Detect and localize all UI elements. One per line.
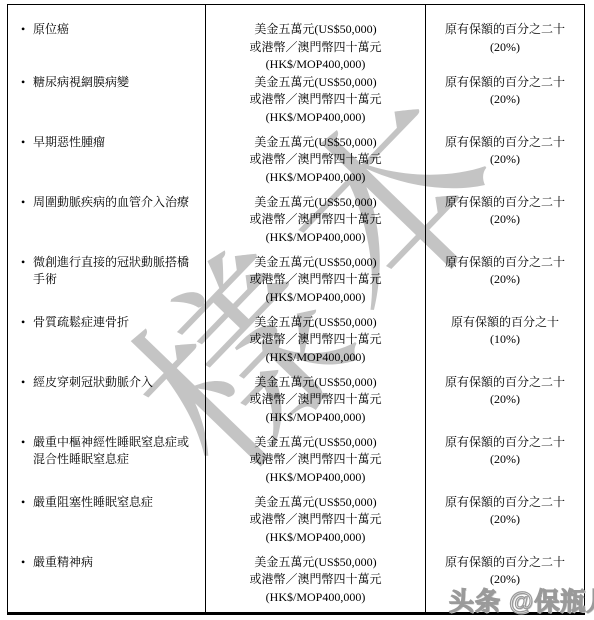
amount-cell: 美金五萬元(US$50,000) 或港幣／澳門幣四十萬元 (HK$/MOP400… <box>206 494 426 554</box>
amount-usd-line: 美金五萬元(US$50,000) <box>206 74 425 92</box>
benefit-percent-value: (20%) <box>426 391 584 409</box>
benefit-cell: 原有保額的百分之二十 (20%) <box>426 374 585 434</box>
benefit-percent-value: (20%) <box>426 151 584 169</box>
amount-usd-line: 美金五萬元(US$50,000) <box>206 374 425 392</box>
amount-usd-line: 美金五萬元(US$50,000) <box>206 434 425 452</box>
amount-usd-line: 美金五萬元(US$50,000) <box>206 494 425 512</box>
bullet-icon: • <box>21 134 25 152</box>
benefit-percent-value: (10%) <box>426 331 584 349</box>
benefit-percent-label: 原有保額的百分之二十 <box>426 494 584 512</box>
amount-usd-line: 美金五萬元(US$50,000) <box>206 554 425 572</box>
amount-cell: 美金五萬元(US$50,000) 或港幣／澳門幣四十萬元 (HK$/MOP400… <box>206 5 426 74</box>
benefit-table: • 原位癌 美金五萬元(US$50,000) 或港幣／澳門幣四十萬元 (HK$/… <box>7 4 585 615</box>
amount-hkd-mop-figure: (HK$/MOP400,000) <box>206 56 425 74</box>
amount-usd-line: 美金五萬元(US$50,000) <box>206 21 425 39</box>
table-row: • 骨質疏鬆症連骨折 美金五萬元(US$50,000) 或港幣／澳門幣四十萬元 … <box>8 314 585 374</box>
benefit-cell: 原有保額的百分之二十 (20%) <box>426 134 585 194</box>
condition-cell: • 經皮穿刺冠狀動脈介入 <box>8 374 206 434</box>
bullet-icon: • <box>21 21 25 39</box>
bullet-icon: • <box>21 314 25 332</box>
amount-hkd-mop-line: 或港幣／澳門幣四十萬元 <box>206 271 425 289</box>
amount-cell: 美金五萬元(US$50,000) 或港幣／澳門幣四十萬元 (HK$/MOP400… <box>206 134 426 194</box>
benefit-cell: 原有保額的百分之二十 (20%) <box>426 434 585 494</box>
amount-hkd-mop-line: 或港幣／澳門幣四十萬元 <box>206 331 425 349</box>
condition-cell: • 嚴重阻塞性睡眠窒息症 <box>8 494 206 554</box>
amount-cell: 美金五萬元(US$50,000) 或港幣／澳門幣四十萬元 (HK$/MOP400… <box>206 434 426 494</box>
condition-label: 糖尿病視網膜病變 <box>33 75 129 89</box>
amount-usd-line: 美金五萬元(US$50,000) <box>206 254 425 272</box>
amount-hkd-mop-figure: (HK$/MOP400,000) <box>206 289 425 307</box>
benefit-percent-label: 原有保額的百分之二十 <box>426 74 584 92</box>
condition-label: 原位癌 <box>33 22 69 36</box>
condition-cell: • 原位癌 <box>8 5 206 74</box>
condition-label: 嚴重精神病 <box>33 555 93 569</box>
condition-label: 經皮穿刺冠狀動脈介入 <box>33 375 153 389</box>
benefit-percent-value: (20%) <box>426 91 584 109</box>
amount-cell: 美金五萬元(US$50,000) 或港幣／澳門幣四十萬元 (HK$/MOP400… <box>206 554 426 614</box>
table-row: • 糖尿病視網膜病變 美金五萬元(US$50,000) 或港幣／澳門幣四十萬元 … <box>8 74 585 134</box>
amount-usd-line: 美金五萬元(US$50,000) <box>206 194 425 212</box>
table-row: • 原位癌 美金五萬元(US$50,000) 或港幣／澳門幣四十萬元 (HK$/… <box>8 5 585 74</box>
benefit-percent-value: (20%) <box>426 451 584 469</box>
table-row: • 周圍動脈疾病的血管介入治療 美金五萬元(US$50,000) 或港幣／澳門幣… <box>8 194 585 254</box>
amount-hkd-mop-figure: (HK$/MOP400,000) <box>206 409 425 427</box>
amount-hkd-mop-figure: (HK$/MOP400,000) <box>206 589 425 607</box>
table-row: • 嚴重精神病 美金五萬元(US$50,000) 或港幣／澳門幣四十萬元 (HK… <box>8 554 585 614</box>
condition-cell: • 周圍動脈疾病的血管介入治療 <box>8 194 206 254</box>
amount-hkd-mop-line: 或港幣／澳門幣四十萬元 <box>206 39 425 57</box>
benefit-percent-label: 原有保額的百分之二十 <box>426 554 584 572</box>
benefit-cell: 原有保額的百分之二十 (20%) <box>426 554 585 614</box>
benefit-cell: 原有保額的百分之十 (10%) <box>426 314 585 374</box>
amount-cell: 美金五萬元(US$50,000) 或港幣／澳門幣四十萬元 (HK$/MOP400… <box>206 314 426 374</box>
benefit-percent-label: 原有保額的百分之十 <box>426 314 584 332</box>
bullet-icon: • <box>21 194 25 212</box>
benefit-percent-label: 原有保額的百分之二十 <box>426 434 584 452</box>
condition-cell: • 嚴重中樞神經性睡眠窒息症或混合性睡眠窒息症 <box>8 434 206 494</box>
amount-hkd-mop-line: 或港幣／澳門幣四十萬元 <box>206 451 425 469</box>
amount-hkd-mop-figure: (HK$/MOP400,000) <box>206 109 425 127</box>
amount-hkd-mop-figure: (HK$/MOP400,000) <box>206 469 425 487</box>
benefit-percent-label: 原有保額的百分之二十 <box>426 374 584 392</box>
benefit-cell: 原有保額的百分之二十 (20%) <box>426 254 585 314</box>
condition-cell: • 嚴重精神病 <box>8 554 206 614</box>
benefit-percent-label: 原有保額的百分之二十 <box>426 134 584 152</box>
amount-usd-line: 美金五萬元(US$50,000) <box>206 134 425 152</box>
condition-cell: • 骨質疏鬆症連骨折 <box>8 314 206 374</box>
amount-cell: 美金五萬元(US$50,000) 或港幣／澳門幣四十萬元 (HK$/MOP400… <box>206 194 426 254</box>
amount-hkd-mop-line: 或港幣／澳門幣四十萬元 <box>206 91 425 109</box>
amount-hkd-mop-line: 或港幣／澳門幣四十萬元 <box>206 151 425 169</box>
benefit-percent-label: 原有保額的百分之二十 <box>426 21 584 39</box>
amount-usd-line: 美金五萬元(US$50,000) <box>206 314 425 332</box>
bullet-icon: • <box>21 494 25 512</box>
benefit-percent-label: 原有保額的百分之二十 <box>426 254 584 272</box>
amount-hkd-mop-line: 或港幣／澳門幣四十萬元 <box>206 511 425 529</box>
amount-hkd-mop-line: 或港幣／澳門幣四十萬元 <box>206 211 425 229</box>
amount-hkd-mop-figure: (HK$/MOP400,000) <box>206 229 425 247</box>
condition-label: 早期惡性腫瘤 <box>33 135 105 149</box>
benefit-percent-value: (20%) <box>426 571 584 589</box>
amount-cell: 美金五萬元(US$50,000) 或港幣／澳門幣四十萬元 (HK$/MOP400… <box>206 74 426 134</box>
benefit-percent-value: (20%) <box>426 211 584 229</box>
benefit-percent-label: 原有保額的百分之二十 <box>426 194 584 212</box>
condition-label: 周圍動脈疾病的血管介入治療 <box>33 195 189 209</box>
table-row: • 經皮穿刺冠狀動脈介入 美金五萬元(US$50,000) 或港幣／澳門幣四十萬… <box>8 374 585 434</box>
table-row: • 嚴重阻塞性睡眠窒息症 美金五萬元(US$50,000) 或港幣／澳門幣四十萬… <box>8 494 585 554</box>
table-row: • 微創進行直接的冠狀動脈搭橋手術 美金五萬元(US$50,000) 或港幣／澳… <box>8 254 585 314</box>
amount-cell: 美金五萬元(US$50,000) 或港幣／澳門幣四十萬元 (HK$/MOP400… <box>206 254 426 314</box>
benefit-percent-value: (20%) <box>426 271 584 289</box>
benefit-cell: 原有保額的百分之二十 (20%) <box>426 5 585 74</box>
benefit-percent-value: (20%) <box>426 39 584 57</box>
bullet-icon: • <box>21 374 25 392</box>
benefit-percent-value: (20%) <box>426 511 584 529</box>
amount-cell: 美金五萬元(US$50,000) 或港幣／澳門幣四十萬元 (HK$/MOP400… <box>206 374 426 434</box>
condition-cell: • 糖尿病視網膜病變 <box>8 74 206 134</box>
benefit-cell: 原有保額的百分之二十 (20%) <box>426 194 585 254</box>
condition-label: 嚴重中樞神經性睡眠窒息症或混合性睡眠窒息症 <box>33 435 189 467</box>
bullet-icon: • <box>21 554 25 572</box>
condition-label: 微創進行直接的冠狀動脈搭橋手術 <box>33 255 189 287</box>
condition-cell: • 微創進行直接的冠狀動脈搭橋手術 <box>8 254 206 314</box>
condition-cell: • 早期惡性腫瘤 <box>8 134 206 194</box>
amount-hkd-mop-figure: (HK$/MOP400,000) <box>206 349 425 367</box>
condition-label: 骨質疏鬆症連骨折 <box>33 315 129 329</box>
condition-label: 嚴重阻塞性睡眠窒息症 <box>33 495 153 509</box>
benefit-cell: 原有保額的百分之二十 (20%) <box>426 494 585 554</box>
bullet-icon: • <box>21 74 25 92</box>
benefit-table-body: • 原位癌 美金五萬元(US$50,000) 或港幣／澳門幣四十萬元 (HK$/… <box>8 5 585 614</box>
benefit-cell: 原有保額的百分之二十 (20%) <box>426 74 585 134</box>
bullet-icon: • <box>21 254 25 272</box>
table-row: • 嚴重中樞神經性睡眠窒息症或混合性睡眠窒息症 美金五萬元(US$50,000)… <box>8 434 585 494</box>
amount-hkd-mop-line: 或港幣／澳門幣四十萬元 <box>206 571 425 589</box>
amount-hkd-mop-line: 或港幣／澳門幣四十萬元 <box>206 391 425 409</box>
bullet-icon: • <box>21 434 25 452</box>
table-row: • 早期惡性腫瘤 美金五萬元(US$50,000) 或港幣／澳門幣四十萬元 (H… <box>8 134 585 194</box>
amount-hkd-mop-figure: (HK$/MOP400,000) <box>206 169 425 187</box>
amount-hkd-mop-figure: (HK$/MOP400,000) <box>206 529 425 547</box>
